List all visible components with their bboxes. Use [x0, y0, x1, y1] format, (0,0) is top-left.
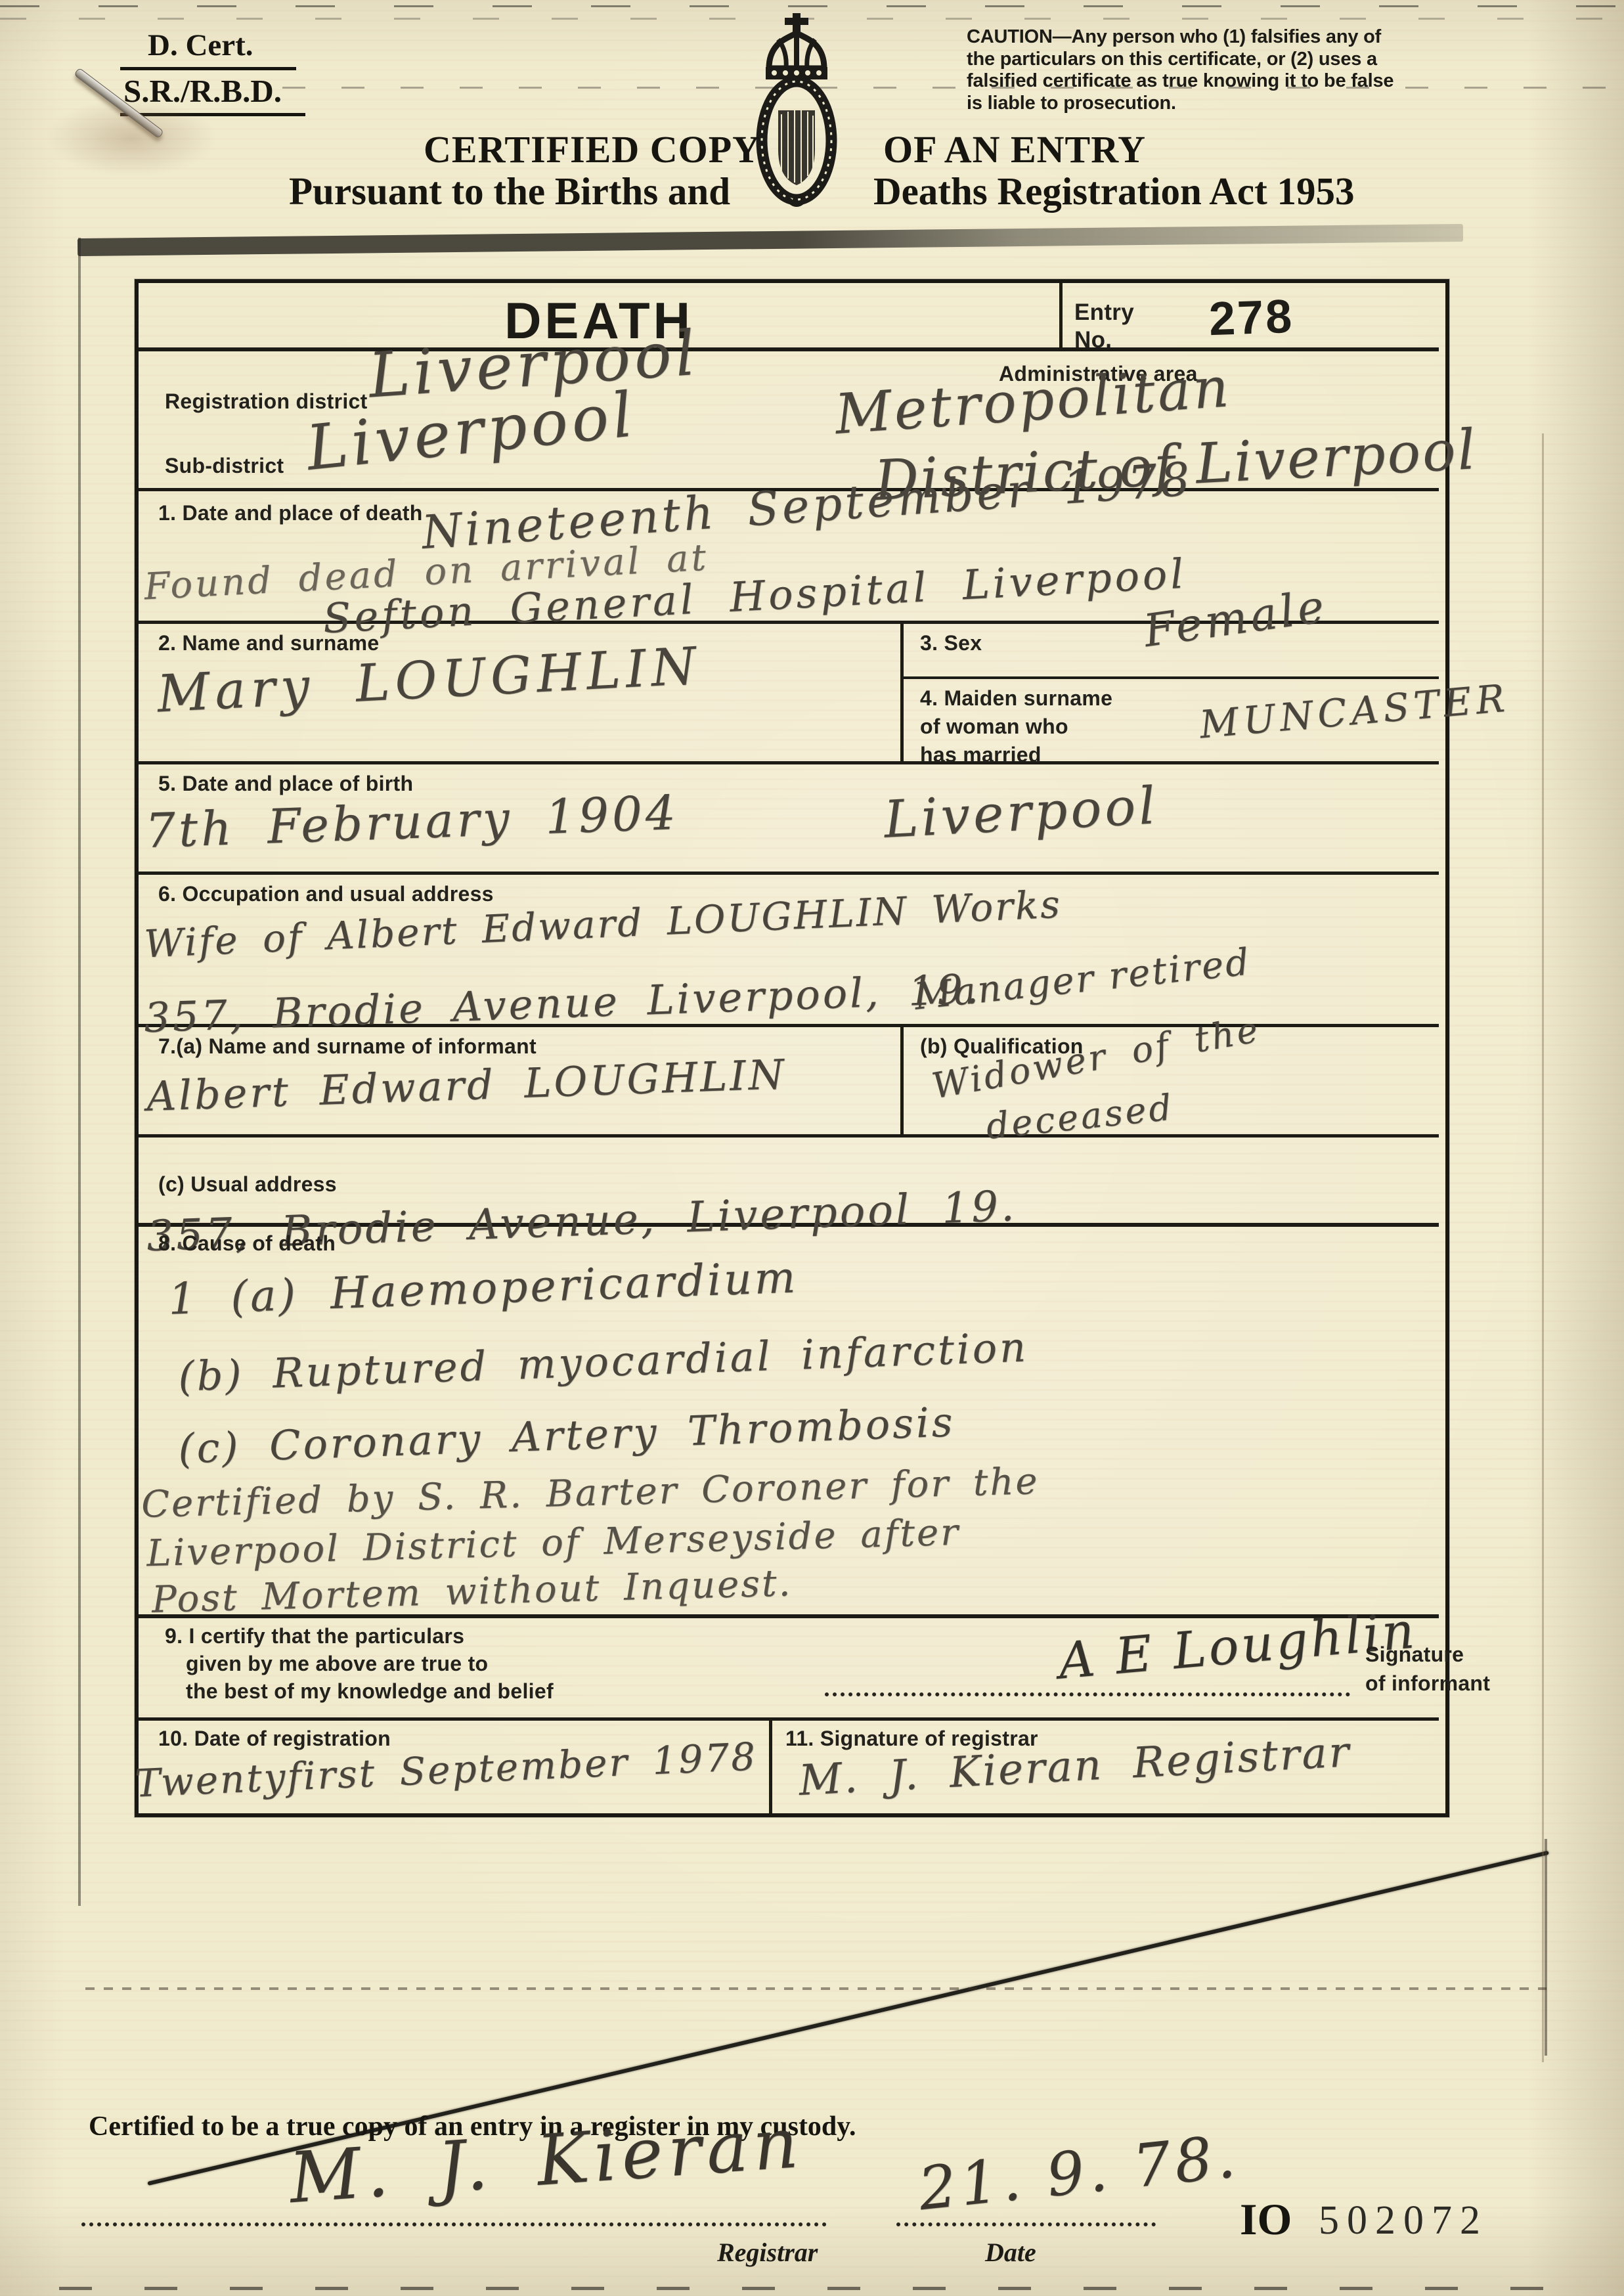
- crease-line: [1542, 433, 1544, 2062]
- date-caption: Date: [985, 2237, 1036, 2268]
- footer-date-line: [896, 2222, 1156, 2226]
- crease-line: [1545, 1839, 1547, 2056]
- s1-label: 1. Date and place of death: [158, 500, 423, 527]
- s4-label-line2: of woman who: [920, 713, 1068, 741]
- s6-value-line3: 357, Brodie Avenue Liverpool, 19.: [143, 965, 982, 1042]
- sheet-edge-line: [78, 238, 81, 1906]
- s10-label: 10. Date of registration: [158, 1725, 391, 1753]
- s5-label: 5. Date and place of birth: [158, 770, 413, 798]
- entry-table: DEATH Entry No. 278 Registration distric…: [135, 279, 1449, 1817]
- col-line: [1059, 283, 1063, 347]
- s7b-value-line2: deceased: [984, 1086, 1175, 1147]
- s7c-label: (c) Usual address: [158, 1171, 337, 1199]
- title-certified-copy: CERTIFIED COPY: [424, 127, 760, 171]
- subtitle-deaths-act: Deaths Registration Act 1953: [873, 169, 1355, 214]
- s7a-value: Albert Edward LOUGHLIN: [146, 1050, 787, 1120]
- serial-number: 502072: [1319, 2197, 1488, 2244]
- registrar-signature-line: [81, 2222, 827, 2226]
- subtitle-pursuant: Pursuant to the Births and: [289, 169, 730, 214]
- s8-line-c: (c) Coronary Artery Thrombosis: [177, 1398, 956, 1472]
- s9-label-line3: the best of my knowledge and belief: [186, 1678, 554, 1706]
- s8-line-a: 1 (a) Haemopericardium: [167, 1252, 799, 1324]
- sub-district-label: Sub-district: [165, 453, 284, 480]
- s8-line-b: (b) Ruptured myocardial infarction: [177, 1323, 1029, 1400]
- row-line: [139, 761, 1439, 764]
- royal-coat-of-arms-icon: [744, 11, 849, 214]
- crease-line: [282, 87, 1624, 89]
- s5-place-value: Liverpool: [883, 776, 1160, 850]
- informant-signature-line: [825, 1692, 1350, 1696]
- s1-value-line1: Nineteenth September 1978: [420, 452, 1195, 560]
- s4-label-line1: 4. Maiden surname: [920, 685, 1112, 713]
- doc-code-line1: D. Cert.: [148, 28, 253, 63]
- s7a-label: 7.(a) Name and surname of informant: [158, 1033, 537, 1061]
- crease-line: [0, 5, 1624, 7]
- row-line: [900, 676, 1439, 679]
- entry-no-label1: Entry: [1074, 298, 1134, 328]
- s2-label: 2. Name and surname: [158, 630, 380, 657]
- s3-label: 3. Sex: [920, 630, 982, 657]
- s9-sig-caption2: of informant: [1365, 1670, 1490, 1698]
- footer-date-value: 21. 9. 78.: [915, 2122, 1242, 2224]
- crease-line: [85, 1987, 1547, 1990]
- s9-sig-caption1: Signature: [1365, 1641, 1464, 1669]
- death-certificate-scan: D. Cert. S.R./R.B.D. CAUTION—Any person …: [0, 0, 1624, 2296]
- caution-text: CAUTION—Any person who (1) falsifies any…: [967, 26, 1400, 115]
- crease-line: [59, 2287, 1543, 2290]
- serial-prefix: IO: [1240, 2194, 1292, 2245]
- row-line: [139, 1717, 1439, 1721]
- staple-shadow: [46, 99, 217, 177]
- title-of-an-entry: OF AN ENTRY: [883, 127, 1146, 171]
- s4-value: MUNCASTER: [1198, 676, 1511, 747]
- doc-code-underline: [120, 67, 296, 70]
- s6-label: 6. Occupation and usual address: [158, 881, 494, 908]
- row-line: [139, 872, 1439, 875]
- s9-label-line1: 9. I certify that the particulars: [165, 1623, 464, 1650]
- row-line: [139, 1134, 1439, 1137]
- col-line: [769, 1717, 772, 1813]
- s8-label: 8. Cause of death: [158, 1230, 336, 1258]
- registrar-caption: Registrar: [717, 2237, 818, 2268]
- col-line: [900, 621, 904, 761]
- entry-number: 278: [1208, 290, 1295, 346]
- smudge-bar: [77, 224, 1463, 256]
- s9-label-line2: given by me above are true to: [186, 1650, 488, 1678]
- col-line: [900, 1024, 904, 1134]
- s4-label-line3: has married: [920, 741, 1042, 769]
- entry-no-label2: No.: [1074, 325, 1112, 355]
